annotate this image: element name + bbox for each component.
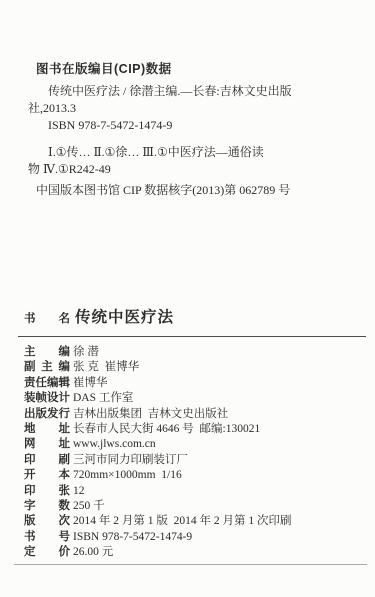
title-divider-rule	[18, 336, 366, 337]
colophon-row-label: 网址	[24, 437, 70, 452]
colophon-row-value: 吉林出版集团 吉林文史出版社	[73, 408, 228, 420]
cip-classification-line1: Ⅰ.①传… Ⅱ.①徐… Ⅲ.①中医疗法—通俗读	[48, 144, 361, 161]
bottom-rule	[14, 564, 367, 565]
colophon-row-value: 12	[73, 485, 85, 497]
colophon-row-value: 长春市人民大街 4646 号 邮编:130021	[73, 423, 260, 435]
colophon-row-format: 开本720mm×1000mm 1/16	[24, 468, 365, 483]
colophon-row-value: 250 千	[73, 500, 105, 512]
colophon-row-label: 印张	[24, 484, 70, 499]
colophon-row-label: 装帧设计	[24, 391, 70, 406]
colophon-row-value: 三河市同力印刷装订厂	[73, 454, 188, 466]
colophon-row-value: 2014 年 2 月第 1 版 2014 年 2 月第 1 次印刷	[73, 515, 292, 527]
colophon-row-website: 网址www.jlws.com.cn	[24, 437, 365, 452]
cip-record-number: 中国版本图书馆 CIP 数据核字(2013)第 062789 号	[36, 182, 361, 199]
colophon-row-label: 定价	[24, 545, 70, 560]
colophon-row-value: ISBN 978-7-5472-1474-9	[73, 531, 192, 543]
cip-isbn: ISBN 978-7-5472-1474-9	[48, 117, 361, 134]
colophon-row-value: www.jlws.com.cn	[73, 438, 156, 450]
cip-block: 图书在版编目(CIP)数据 传统中医疗法 / 徐潜主编.—长春:吉林文史出版 社…	[28, 61, 361, 199]
colophon-rows: 主编徐 潜 副主编张 克 崔博华 责任编辑崔博华 装帧设计DAS 工作室 出版发…	[24, 345, 365, 560]
book-title-label: 书名	[24, 309, 70, 329]
colophon-row-label: 地址	[24, 422, 70, 437]
colophon-row-value: 26.00 元	[73, 546, 113, 558]
cip-classification-line2: 物 Ⅳ.①R242-49	[28, 161, 361, 178]
copyright-page: 图书在版编目(CIP)数据 传统中医疗法 / 徐潜主编.—长春:吉林文史出版 社…	[0, 0, 375, 597]
colophon-row-label: 书号	[24, 530, 70, 545]
colophon-row-value: 张 克 崔博华	[73, 361, 139, 373]
book-title-value: 传统中医疗法	[75, 309, 174, 326]
colophon-row-label: 出版发行	[24, 407, 70, 422]
colophon-row-label: 主编	[24, 345, 70, 360]
colophon-row-label: 责任编辑	[24, 376, 70, 391]
colophon-row-value: 720mm×1000mm 1/16	[73, 469, 182, 481]
colophon-row-label: 字数	[24, 499, 70, 514]
colophon-row-publisher: 出版发行吉林出版集团 吉林文史出版社	[24, 407, 365, 422]
colophon-row-wordcount: 字数250 千	[24, 499, 365, 514]
colophon-row-design: 装帧设计DAS 工作室	[24, 391, 365, 406]
colophon-row-address: 地址长春市人民大街 4646 号 邮编:130021	[24, 422, 365, 437]
colophon-row-label: 开本	[24, 468, 70, 483]
colophon-row-chief-editor: 主编徐 潜	[24, 345, 365, 360]
cip-entry-line1: 传统中医疗法 / 徐潜主编.—长春:吉林文史出版	[48, 83, 361, 100]
colophon-row-edition: 版次2014 年 2 月第 1 版 2014 年 2 月第 1 次印刷	[24, 514, 365, 529]
colophon-row-sheets: 印张12	[24, 484, 365, 499]
colophon-row-value: 崔博华	[73, 377, 108, 389]
cip-entry-line2: 社,2013.3	[28, 100, 361, 117]
book-title-row: 书名传统中医疗法	[24, 308, 174, 329]
colophon-row-printer: 印刷三河市同力印刷装订厂	[24, 453, 365, 468]
cip-header: 图书在版编目(CIP)数据	[36, 61, 361, 78]
colophon-row-label: 版次	[24, 514, 70, 529]
colophon-row-deputy-editor: 副主编张 克 崔博华	[24, 360, 365, 375]
colophon-row-responsible-editor: 责任编辑崔博华	[24, 376, 365, 391]
colophon-row-value: DAS 工作室	[73, 392, 133, 404]
colophon-row-label: 印刷	[24, 453, 70, 468]
colophon-row-isbn: 书号ISBN 978-7-5472-1474-9	[24, 530, 365, 545]
colophon-row-label: 副主编	[24, 360, 70, 375]
colophon-row-price: 定价26.00 元	[24, 545, 365, 560]
colophon-row-value: 徐 潜	[73, 346, 99, 358]
